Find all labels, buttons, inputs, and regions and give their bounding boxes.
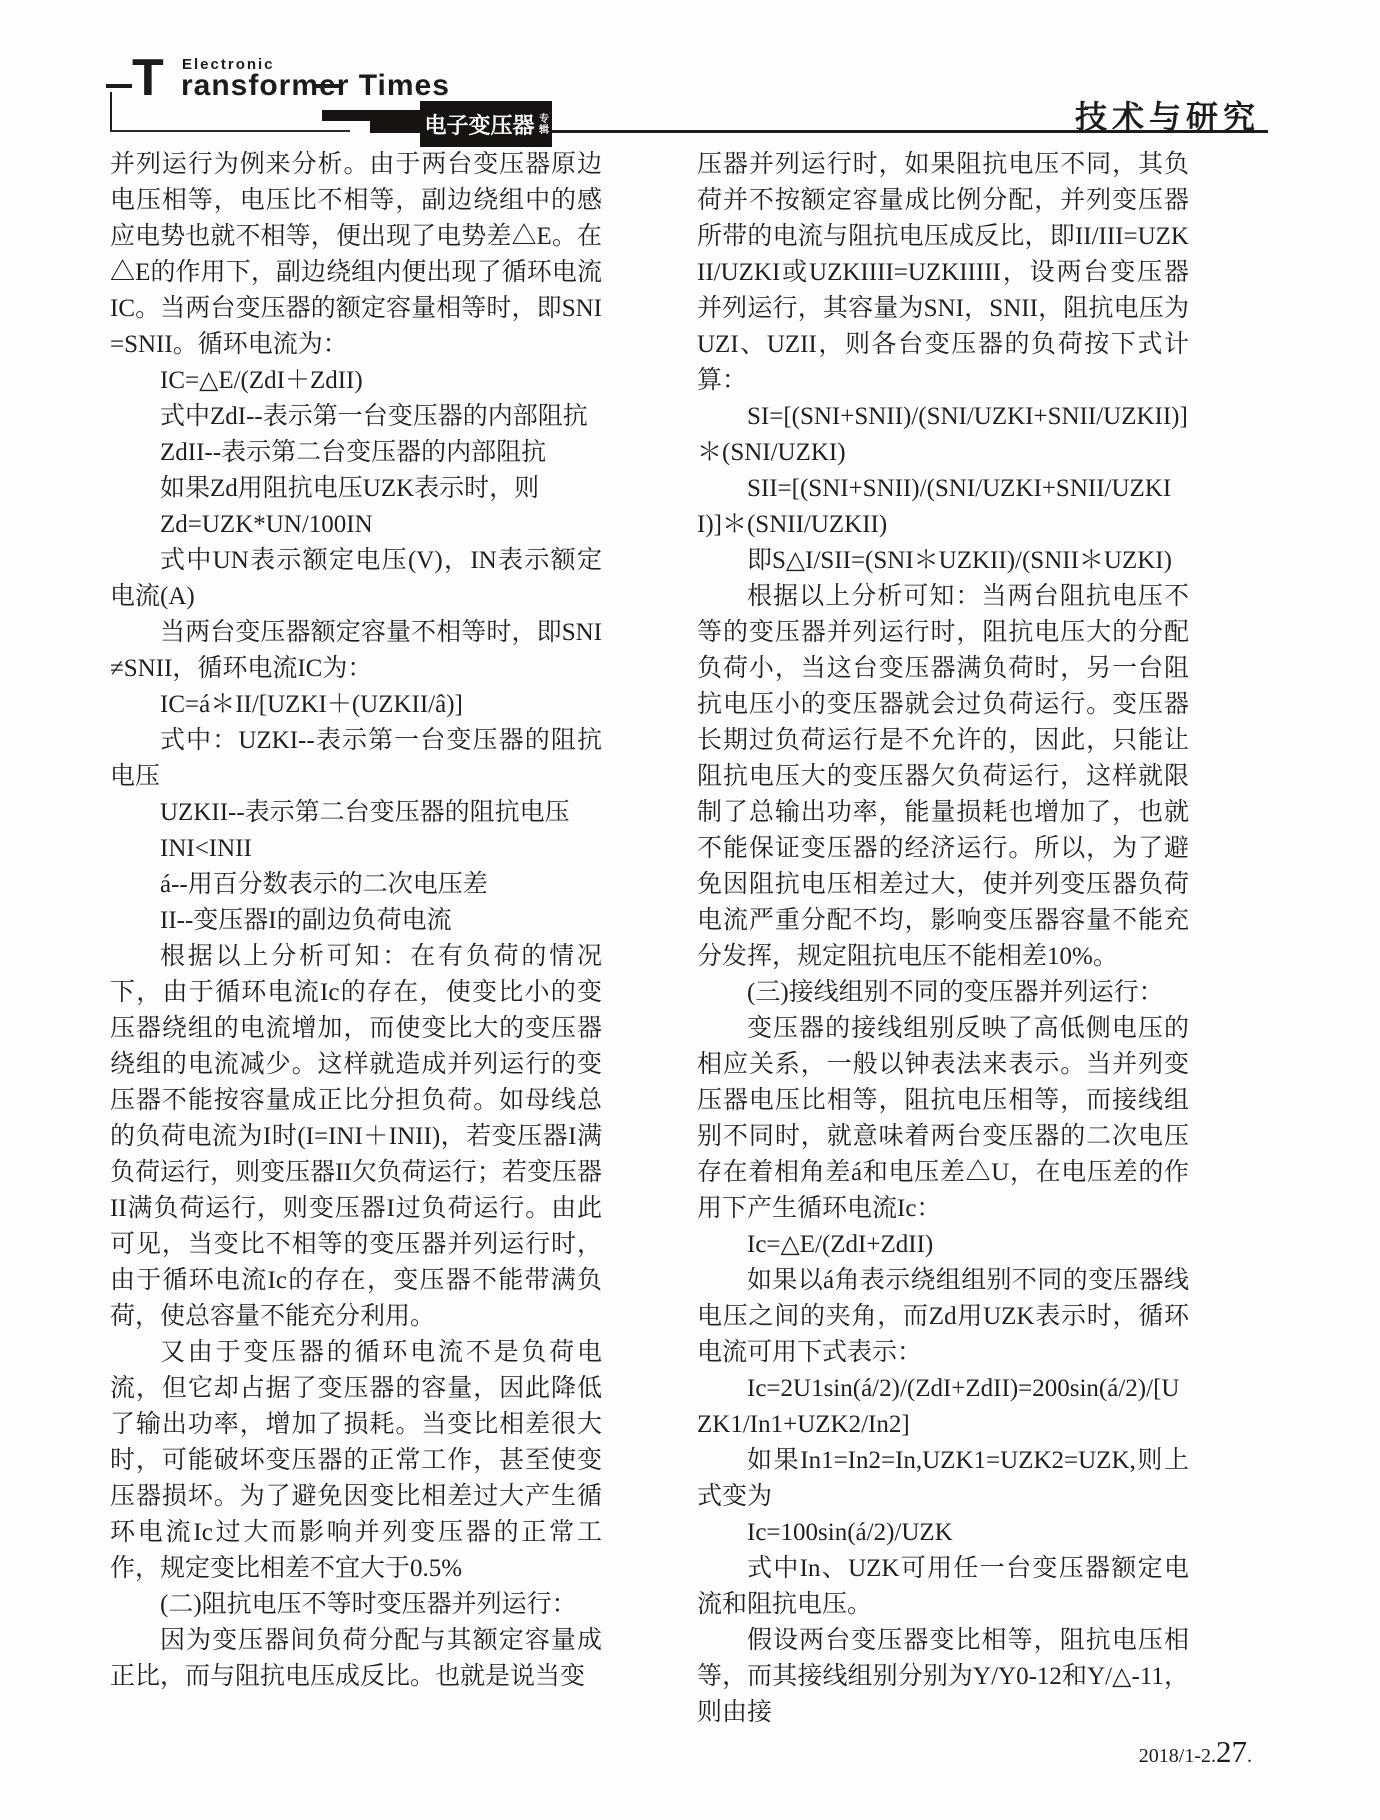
folio-page-number: 27 — [1216, 1734, 1247, 1769]
page-folio: 2018/1-2.27. — [1139, 1734, 1252, 1770]
paragraph: 根据以上分析可知：当两台阻抗电压不等的变压器并列运行时，阻抗电压大的分配负荷小，… — [697, 579, 1189, 975]
paragraph: 压器并列运行时，如果阻抗电压不同，其负荷并不按额定容量成比例分配，并列变压器所带… — [697, 147, 1189, 399]
paragraph: 式中ZdI--表示第一台变压器的内部阻抗 — [110, 399, 602, 435]
paragraph: 式中：UZKI--表示第一台变压器的阻抗电压 — [110, 723, 602, 795]
folio-dot: . — [1247, 1745, 1252, 1767]
paragraph: 式中In、UZK可用任一台变压器额定电流和阻抗电压。 — [697, 1551, 1189, 1623]
paragraph: 变压器的接线组别反映了高低侧电压的相应关系，一般以钟表法来表示。当并列变压器电压… — [697, 1011, 1189, 1227]
paragraph: 当两台变压器额定容量不相等时，即SNI≠SNII，循环电流IC为： — [110, 615, 602, 687]
paragraph: (二)阻抗电压不等时变压器并列运行： — [110, 1587, 602, 1623]
section-title: 技术与研究 — [1075, 92, 1260, 138]
paragraph: Ic=2U1sin(á/2)/(ZdI+ZdII)=200sin(á/2)/[U… — [697, 1371, 1189, 1443]
page-header: T Electronic ransformer Times 电子变压器 专辑 技… — [0, 0, 1380, 150]
journal-badge-subtitle: 专辑 — [537, 113, 548, 135]
paragraph: Ic=△E/(ZdI+ZdII) — [697, 1227, 1189, 1263]
paragraph: 假设两台变压器变比相等，阻抗电压相等，而其接线组别分别为Y/Y0-12和Y/△-… — [697, 1623, 1189, 1731]
folio-issue: 2018/1-2. — [1139, 1745, 1216, 1767]
paragraph: INI<INII — [110, 831, 602, 867]
paragraph: 因为变压器间负荷分配与其额定容量成正比，而与阻抗电压成反比。也就是说当变 — [110, 1623, 602, 1695]
journal-badge-title: 电子变压器 — [424, 109, 534, 140]
header-bracket-line — [110, 92, 112, 132]
paragraph: 如果In1=In2=In,UZK1=UZK2=UZK,则上式变为 — [697, 1443, 1189, 1515]
masthead-right-dash — [316, 84, 342, 88]
paragraph: SI=[(SNI+SNII)/(SNI/UZKI+SNII/UZKII)]＊(S… — [697, 399, 1189, 471]
masthead-initial: T — [132, 52, 164, 104]
header-rule-thin — [110, 130, 350, 132]
paragraph: 如果Zd用阻抗电压UZK表示时，则 — [110, 471, 602, 507]
paragraph: 又由于变压器的循环电流不是负荷电流，但它却占据了变压器的容量，因此降低了输出功率… — [110, 1335, 602, 1587]
paragraph: 即S△I/SII=(SNI＊UZKII)/(SNII＊UZKI) — [697, 543, 1189, 579]
paragraph: 并列运行为例来分析。由于两台变压器原边电压相等，电压比不相等，副边绕组中的感应电… — [110, 147, 602, 363]
paragraph: Ic=100sin(á/2)/UZK — [697, 1515, 1189, 1551]
paragraph: IC=△E/(ZdI＋ZdII) — [110, 363, 602, 399]
paragraph: 式中UN表示额定电压(V)，IN表示额定电流(A) — [110, 543, 602, 615]
masthead-left-dash — [106, 84, 132, 88]
text-column-left: 并列运行为例来分析。由于两台变压器原边电压相等，电压比不相等，副边绕组中的感应电… — [110, 147, 602, 1695]
text-column-right: 压器并列运行时，如果阻抗电压不同，其负荷并不按额定容量成比例分配，并列变压器所带… — [697, 147, 1189, 1731]
paragraph: SII=[(SNI+SNII)/(SNI/UZKI+SNII/UZKII)]＊(… — [697, 471, 1189, 543]
paragraph: ZdII--表示第二台变压器的内部阻抗 — [110, 435, 602, 471]
paragraph: IC=á＊II/[UZKI＋(UZKII/â)] — [110, 687, 602, 723]
paragraph: UZKII--表示第二台变压器的阻抗电压 — [110, 795, 602, 831]
journal-badge: 电子变压器 专辑 — [420, 101, 552, 147]
paragraph: Zd=UZK*UN/100IN — [110, 507, 602, 543]
paragraph: II--变压器I的副边负荷电流 — [110, 903, 602, 939]
paragraph: 如果以á角表示绕组组别不同的变压器线电压之间的夹角，而Zd用UZK表示时，循环电… — [697, 1263, 1189, 1371]
magazine-page: T Electronic ransformer Times 电子变压器 专辑 技… — [0, 0, 1380, 1820]
paragraph: 根据以上分析可知：在有负荷的情况下，由于循环电流Ic的存在，使变比小的变压器绕组… — [110, 939, 602, 1335]
paragraph: (三)接线组别不同的变压器并列运行： — [697, 975, 1189, 1011]
paragraph: á--用百分数表示的二次电压差 — [110, 867, 602, 903]
